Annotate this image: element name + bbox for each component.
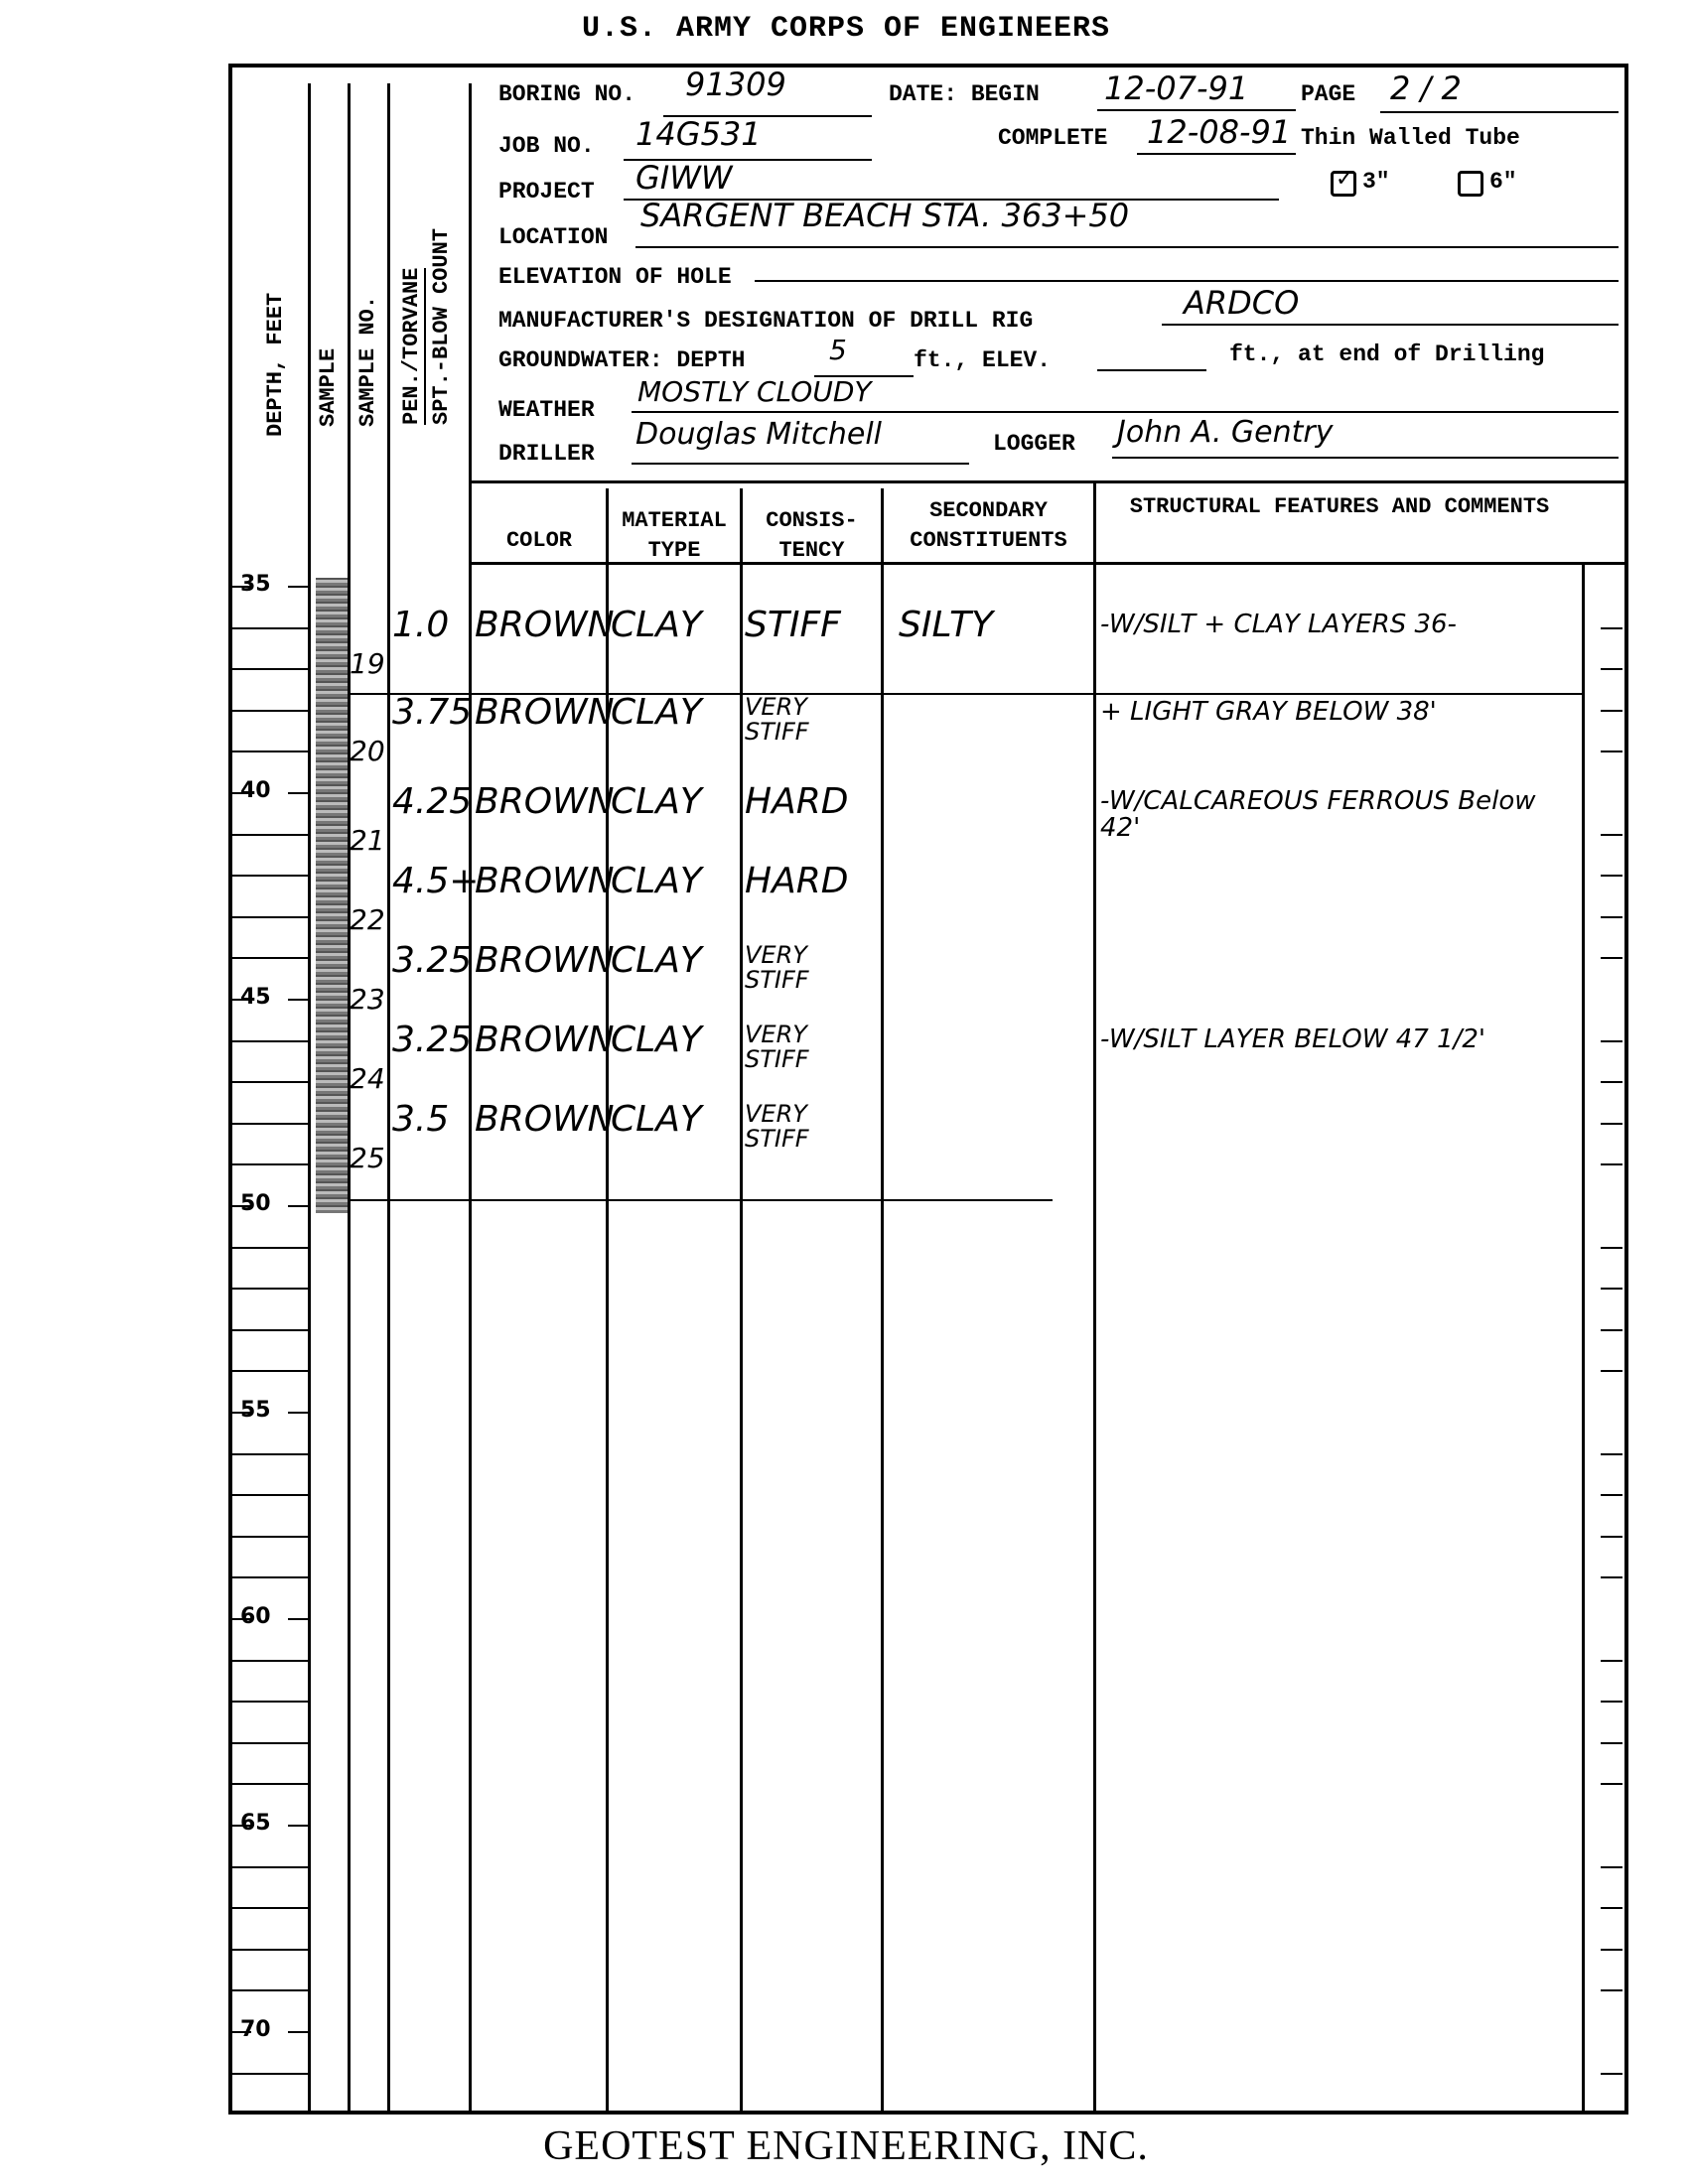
location-value[interactable]: SARGENT BEACH STA. 363+50 <box>640 197 1129 234</box>
material-value: CLAY <box>611 864 702 899</box>
depth-tick <box>231 1370 308 1372</box>
consistency-value: VERY STIFF <box>745 695 864 745</box>
color-value: BROWN <box>475 943 615 979</box>
date-complete-value[interactable]: 12-08-91 <box>1147 113 1291 151</box>
consistency-value: STIFF <box>745 608 841 643</box>
right-tick <box>1601 1494 1622 1496</box>
weather-label: WEATHER <box>498 397 595 423</box>
page-label: PAGE <box>1301 81 1355 107</box>
material-type-header: MATERIAL TYPE <box>609 506 740 566</box>
tube-3in-checkbox[interactable]: ✓ <box>1331 171 1356 197</box>
consistency-value: VERY STIFF <box>745 1023 864 1072</box>
project-label: PROJECT <box>498 179 595 205</box>
row-separator <box>1096 693 1583 695</box>
end-of-drilling-label: ft., at end of Drilling <box>1229 341 1544 367</box>
depth-tick <box>231 1536 308 1538</box>
depth-label: 45 <box>238 985 273 1010</box>
right-tick <box>1601 1660 1622 1662</box>
depth-tick <box>231 668 308 670</box>
depth-major-tick <box>231 1205 251 1207</box>
depth-tick <box>231 834 308 836</box>
comment-value: -W/SILT LAYER BELOW 47 1/2' <box>1100 1026 1567 1053</box>
depth-major-tick <box>231 1412 251 1414</box>
color-value: BROWN <box>475 608 615 643</box>
depth-tick <box>231 1453 308 1455</box>
right-tick <box>1601 1742 1622 1744</box>
elevation-label: ELEVATION OF HOLE <box>498 264 732 290</box>
right-tick <box>1601 1536 1622 1538</box>
date-begin-label: DATE: BEGIN <box>889 81 1040 107</box>
depth-tick <box>231 1329 308 1331</box>
rule <box>348 83 351 2115</box>
depth-major-tick <box>231 2031 251 2033</box>
consistency-value: HARD <box>745 784 848 820</box>
material-value: CLAY <box>611 784 702 820</box>
logger-value[interactable]: John A. Gentry <box>1117 415 1334 450</box>
location-label: LOCATION <box>498 224 608 250</box>
page-value: 2 / 2 <box>1390 69 1462 107</box>
pen-torvane-value: 4.25 <box>392 784 472 820</box>
right-tick <box>1601 668 1622 670</box>
comment-value: + LIGHT GRAY BELOW 38' <box>1100 699 1567 726</box>
consistency-value: VERY STIFF <box>745 1102 864 1152</box>
pen-torvane-value: 3.25 <box>392 943 472 979</box>
depth-tick <box>231 710 308 712</box>
pen-torvane-value: 3.5 <box>392 1102 449 1138</box>
sample-no-header: SAMPLE NO. <box>355 296 380 427</box>
depth-tick <box>231 1163 308 1165</box>
depth-major-tick <box>231 1825 251 1827</box>
depth-tick <box>231 1949 308 1951</box>
pen-torvane-value: 1.0 <box>392 608 449 643</box>
right-tick <box>1601 957 1622 959</box>
weather-value[interactable]: MOSTLY CLOUDY <box>637 375 871 408</box>
check-mark-icon: ✓ <box>1336 166 1353 192</box>
right-tick <box>1601 1453 1622 1455</box>
depth-label: 60 <box>238 1604 273 1629</box>
right-tick <box>1601 1866 1622 1868</box>
pen-torvane-value: 4.5+ <box>392 864 479 899</box>
sample-core-shading <box>316 578 348 1213</box>
groundwater-label: GROUNDWATER: DEPTH <box>498 347 745 373</box>
color-value: BROWN <box>475 1102 615 1138</box>
depth-major-tick <box>288 999 308 1001</box>
right-tick <box>1601 1288 1622 1290</box>
depth-tick <box>231 1783 308 1785</box>
depth-major-tick <box>231 999 251 1001</box>
right-tick <box>1601 1040 1622 1042</box>
sample-header: SAMPLE <box>316 348 341 427</box>
color-value: BROWN <box>475 695 615 731</box>
boring-no-value[interactable]: 91309 <box>685 66 786 103</box>
depth-major-tick <box>288 1205 308 1207</box>
depth-tick <box>231 1989 308 1991</box>
depth-tick <box>231 1040 308 1042</box>
depth-major-tick <box>231 792 251 794</box>
material-value: CLAY <box>611 608 702 643</box>
sample-number: 23 <box>350 983 385 1016</box>
comment-value: -W/SILT + CLAY LAYERS 36- <box>1100 612 1567 638</box>
depth-tick <box>231 957 308 959</box>
material-value: CLAY <box>611 1023 702 1058</box>
ft-elev-label: ft., ELEV. <box>914 347 1051 373</box>
pen-torvane-header: PEN./TORVANE <box>399 268 426 425</box>
right-tick <box>1601 1247 1622 1249</box>
comment-value: -W/CALCAREOUS FERROUS Below 42' <box>1100 788 1567 843</box>
rule <box>881 488 884 2115</box>
sample-number: 25 <box>350 1142 385 1174</box>
depth-tick <box>231 1576 308 1578</box>
depth-tick <box>231 1081 308 1083</box>
rig-value[interactable]: ARDCO <box>1184 284 1299 322</box>
depth-label: 35 <box>238 572 273 597</box>
depth-label: 70 <box>238 2017 273 2042</box>
depth-tick <box>231 627 308 629</box>
depth-tick <box>231 1907 308 1909</box>
rule <box>308 83 311 2115</box>
right-tick <box>1601 1329 1622 1331</box>
pen-torvane-value: 3.25 <box>392 1023 472 1058</box>
depth-tick <box>231 1288 308 1290</box>
right-tick <box>1601 1783 1622 1785</box>
right-tick <box>1601 1123 1622 1125</box>
rule <box>469 83 472 2115</box>
company-footer: GEOTEST ENGINEERING, INC. <box>0 2122 1692 2170</box>
depth-tick <box>231 1247 308 1249</box>
rig-label: MANUFACTURER'S DESIGNATION OF DRILL RIG <box>498 308 1033 334</box>
depth-tick <box>231 875 308 877</box>
depth-major-tick <box>288 1412 308 1414</box>
depth-major-tick <box>288 1825 308 1827</box>
project-value[interactable]: GIWW <box>635 159 733 197</box>
right-tick <box>1601 1576 1622 1578</box>
right-tick <box>1601 1701 1622 1703</box>
rule <box>1582 562 1585 2115</box>
rule <box>740 488 743 2115</box>
material-value: CLAY <box>611 943 702 979</box>
right-tick <box>1601 834 1622 836</box>
row-separator <box>350 693 1093 695</box>
material-value: CLAY <box>611 695 702 731</box>
consistency-header: CONSIS-TENCY <box>743 506 881 566</box>
right-tick <box>1601 1163 1622 1165</box>
depth-tick <box>231 1494 308 1496</box>
depth-label: 50 <box>238 1191 273 1216</box>
sample-number: 19 <box>350 647 385 680</box>
sample-number: 21 <box>350 824 385 857</box>
agency-title: U.S. ARMY CORPS OF ENGINEERS <box>0 12 1692 46</box>
rule <box>1093 480 1096 2115</box>
right-tick <box>1601 1081 1622 1083</box>
depth-tick <box>231 2073 308 2075</box>
job-no-label: JOB NO. <box>498 133 595 159</box>
logger-label: LOGGER <box>993 431 1075 457</box>
depth-header: DEPTH, FEET <box>263 293 288 437</box>
right-tick <box>1601 627 1622 629</box>
tube-3in-label: 3" <box>1362 169 1390 195</box>
thin-walled-tube-label: Thin Walled Tube <box>1301 125 1520 151</box>
depth-major-tick <box>288 586 308 588</box>
pen-torvane-value: 3.75 <box>392 695 472 731</box>
depth-major-tick <box>288 2031 308 2033</box>
driller-label: DRILLER <box>498 441 595 467</box>
secondary-header: SECONDARY CONSTITUENTS <box>884 496 1093 556</box>
color-value: BROWN <box>475 1023 615 1058</box>
boring-no-label: BORING NO. <box>498 81 635 107</box>
depth-tick <box>231 751 308 752</box>
depth-tick <box>231 1701 308 1703</box>
depth-label: 55 <box>238 1398 273 1423</box>
depth-label: 65 <box>238 1811 273 1836</box>
right-tick <box>1601 1989 1622 1991</box>
sample-number: 20 <box>350 735 385 767</box>
groundwater-depth-value[interactable]: 5 <box>829 334 847 366</box>
right-tick <box>1601 1370 1622 1372</box>
sample-number: 24 <box>350 1062 385 1095</box>
depth-tick <box>231 1660 308 1662</box>
job-no-value[interactable]: 14G531 <box>635 115 762 153</box>
consistency-value: VERY STIFF <box>745 943 864 993</box>
sample-number: 22 <box>350 903 385 936</box>
depth-major-tick <box>288 1618 308 1620</box>
right-tick <box>1601 916 1622 918</box>
material-value: CLAY <box>611 1102 702 1138</box>
depth-tick <box>231 1123 308 1125</box>
depth-label: 40 <box>238 778 273 803</box>
depth-major-tick <box>231 586 251 588</box>
depth-tick <box>231 1742 308 1744</box>
right-tick <box>1601 710 1622 712</box>
color-header: COLOR <box>473 526 606 556</box>
tube-6in-checkbox[interactable] <box>1458 171 1483 197</box>
complete-label: COMPLETE <box>998 125 1107 151</box>
right-tick <box>1601 751 1622 752</box>
depth-tick <box>231 916 308 918</box>
rule <box>471 480 1624 483</box>
depth-major-tick <box>231 1618 251 1620</box>
row-separator <box>350 1199 1053 1201</box>
date-begin-value[interactable]: 12-07-91 <box>1104 69 1248 107</box>
rule <box>387 83 390 2115</box>
tube-6in-label: 6" <box>1489 169 1517 195</box>
consistency-value: HARD <box>745 864 848 899</box>
spt-blow-count-header: SPT.-BLOW COUNT <box>429 228 454 425</box>
driller-value[interactable]: Douglas Mitchell <box>635 417 882 452</box>
right-tick <box>1601 2073 1622 2075</box>
color-value: BROWN <box>475 864 615 899</box>
right-tick <box>1601 1907 1622 1909</box>
depth-major-tick <box>288 792 308 794</box>
right-tick <box>1601 875 1622 877</box>
depth-tick <box>231 1866 308 1868</box>
structural-header: STRUCTURAL FEATURES AND COMMENTS <box>1096 492 1583 522</box>
right-tick <box>1601 1949 1622 1951</box>
color-value: BROWN <box>475 784 615 820</box>
secondary-value: SILTY <box>899 608 993 643</box>
